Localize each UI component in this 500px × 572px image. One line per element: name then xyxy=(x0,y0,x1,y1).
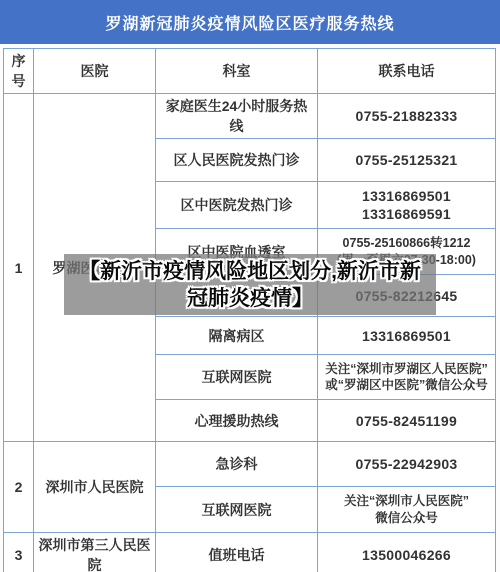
hospital-name: 深圳市人民医院 xyxy=(34,442,156,533)
phone-cell: 关注“深圳市人民医院”微信公众号 xyxy=(318,487,496,533)
dept-cell: 隔离病区 xyxy=(156,317,318,355)
table-row: 2 深圳市人民医院 急诊科 0755-22942903 xyxy=(4,442,496,487)
table-row: 3 深圳市第三人民医院 值班电话 13500046266 xyxy=(4,533,496,572)
phone-cell: 0755-82451199 xyxy=(318,400,496,442)
phone-cell: 0755-22942903 xyxy=(318,442,496,487)
phone-cell: 0755-25160866转1212(周一至周六07:30-18:00) xyxy=(318,229,496,275)
phone-line: 微信公众号 xyxy=(322,510,491,526)
phone-line: 关注“深圳市人民医院” xyxy=(322,493,491,509)
header-row: 序号 医院 科室 联系电话 xyxy=(4,49,496,94)
phone-cell: 13500046266 xyxy=(318,533,496,572)
dept-cell: 区中医院血透室 xyxy=(156,229,318,275)
phone-line: 或“罗湖区中医院”微信公众号 xyxy=(322,377,491,393)
row-index: 3 xyxy=(4,533,34,572)
header-serial: 序号 xyxy=(4,49,34,94)
dept-cell: 区中医院发热门诊 xyxy=(156,182,318,229)
dept-cell: 区人民医院发热门诊 xyxy=(156,139,318,182)
hotline-table: 序号 医院 科室 联系电话 1 罗湖医院集团 家庭医生24小时服务热线 0755… xyxy=(3,48,496,572)
header-hospital: 医院 xyxy=(34,49,156,94)
phone-cell: 关注“深圳市罗湖区人民医院”或“罗湖区中医院”微信公众号 xyxy=(318,355,496,400)
screenshot-stage: 罗湖新冠肺炎疫情风险区医疗服务热线 序号 医院 科室 联系电话 1 罗湖医院集团… xyxy=(0,0,500,572)
phone-line: 0755-25160866转1212 xyxy=(322,235,491,251)
dept-cell: 心理援助热线 xyxy=(156,400,318,442)
dept-cell: 互联网医院 xyxy=(156,487,318,533)
dept-cell: 互联网医院 xyxy=(156,355,318,400)
row-index: 2 xyxy=(4,442,34,533)
phone-cell: 13316869501 xyxy=(318,317,496,355)
dept-cell: 孕产妇咨询 xyxy=(156,275,318,317)
page-title: 罗湖新冠肺炎疫情风险区医疗服务热线 xyxy=(105,11,394,34)
phone-line: (周一至周六07:30-18:00) xyxy=(322,252,491,268)
phone-line: 13316869501 xyxy=(322,187,491,205)
dept-cell: 值班电话 xyxy=(156,533,318,572)
phone-cell: 0755-82212645 xyxy=(318,275,496,317)
row-index: 1 xyxy=(4,94,34,442)
table-row: 1 罗湖医院集团 家庭医生24小时服务热线 0755-21882333 xyxy=(4,94,496,139)
header-department: 科室 xyxy=(156,49,318,94)
title-bar: 罗湖新冠肺炎疫情风险区医疗服务热线 xyxy=(0,0,500,44)
dept-cell: 家庭医生24小时服务热线 xyxy=(156,94,318,139)
phone-cell: 0755-21882333 xyxy=(318,94,496,139)
hospital-name: 深圳市第三人民医院 xyxy=(34,533,156,572)
phone-line: 关注“深圳市罗湖区人民医院” xyxy=(322,361,491,377)
hospital-name: 罗湖医院集团 xyxy=(34,94,156,442)
header-phone: 联系电话 xyxy=(318,49,496,94)
phone-cell: 0755-25125321 xyxy=(318,139,496,182)
dept-cell: 急诊科 xyxy=(156,442,318,487)
phone-cell: 1331686950113316869591 xyxy=(318,182,496,229)
phone-line: 13316869591 xyxy=(322,205,491,223)
